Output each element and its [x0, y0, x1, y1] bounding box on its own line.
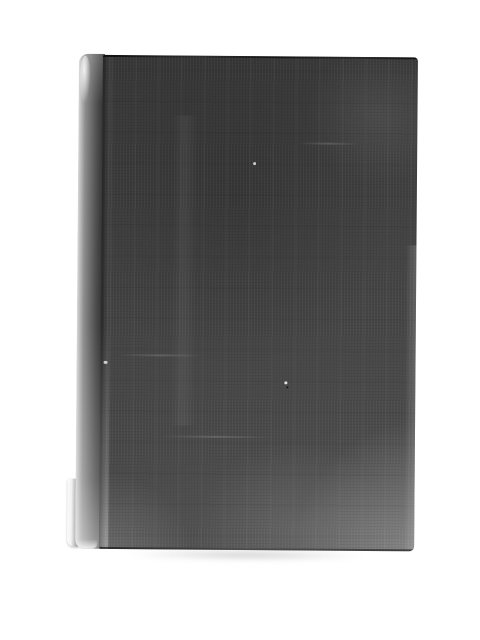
spine-bottom-curl — [75, 540, 97, 549]
cloth-texture — [99, 55, 418, 551]
front-cover — [99, 55, 418, 551]
book-photo — [66, 51, 420, 558]
spine-highlight — [80, 56, 91, 104]
dark-speck — [286, 386, 288, 388]
fore-edge-sheen — [403, 245, 416, 551]
speck — [104, 361, 108, 364]
photo-canvas — [0, 0, 480, 640]
speck — [253, 162, 256, 165]
sheen-streak — [170, 115, 198, 425]
speck — [284, 381, 287, 384]
